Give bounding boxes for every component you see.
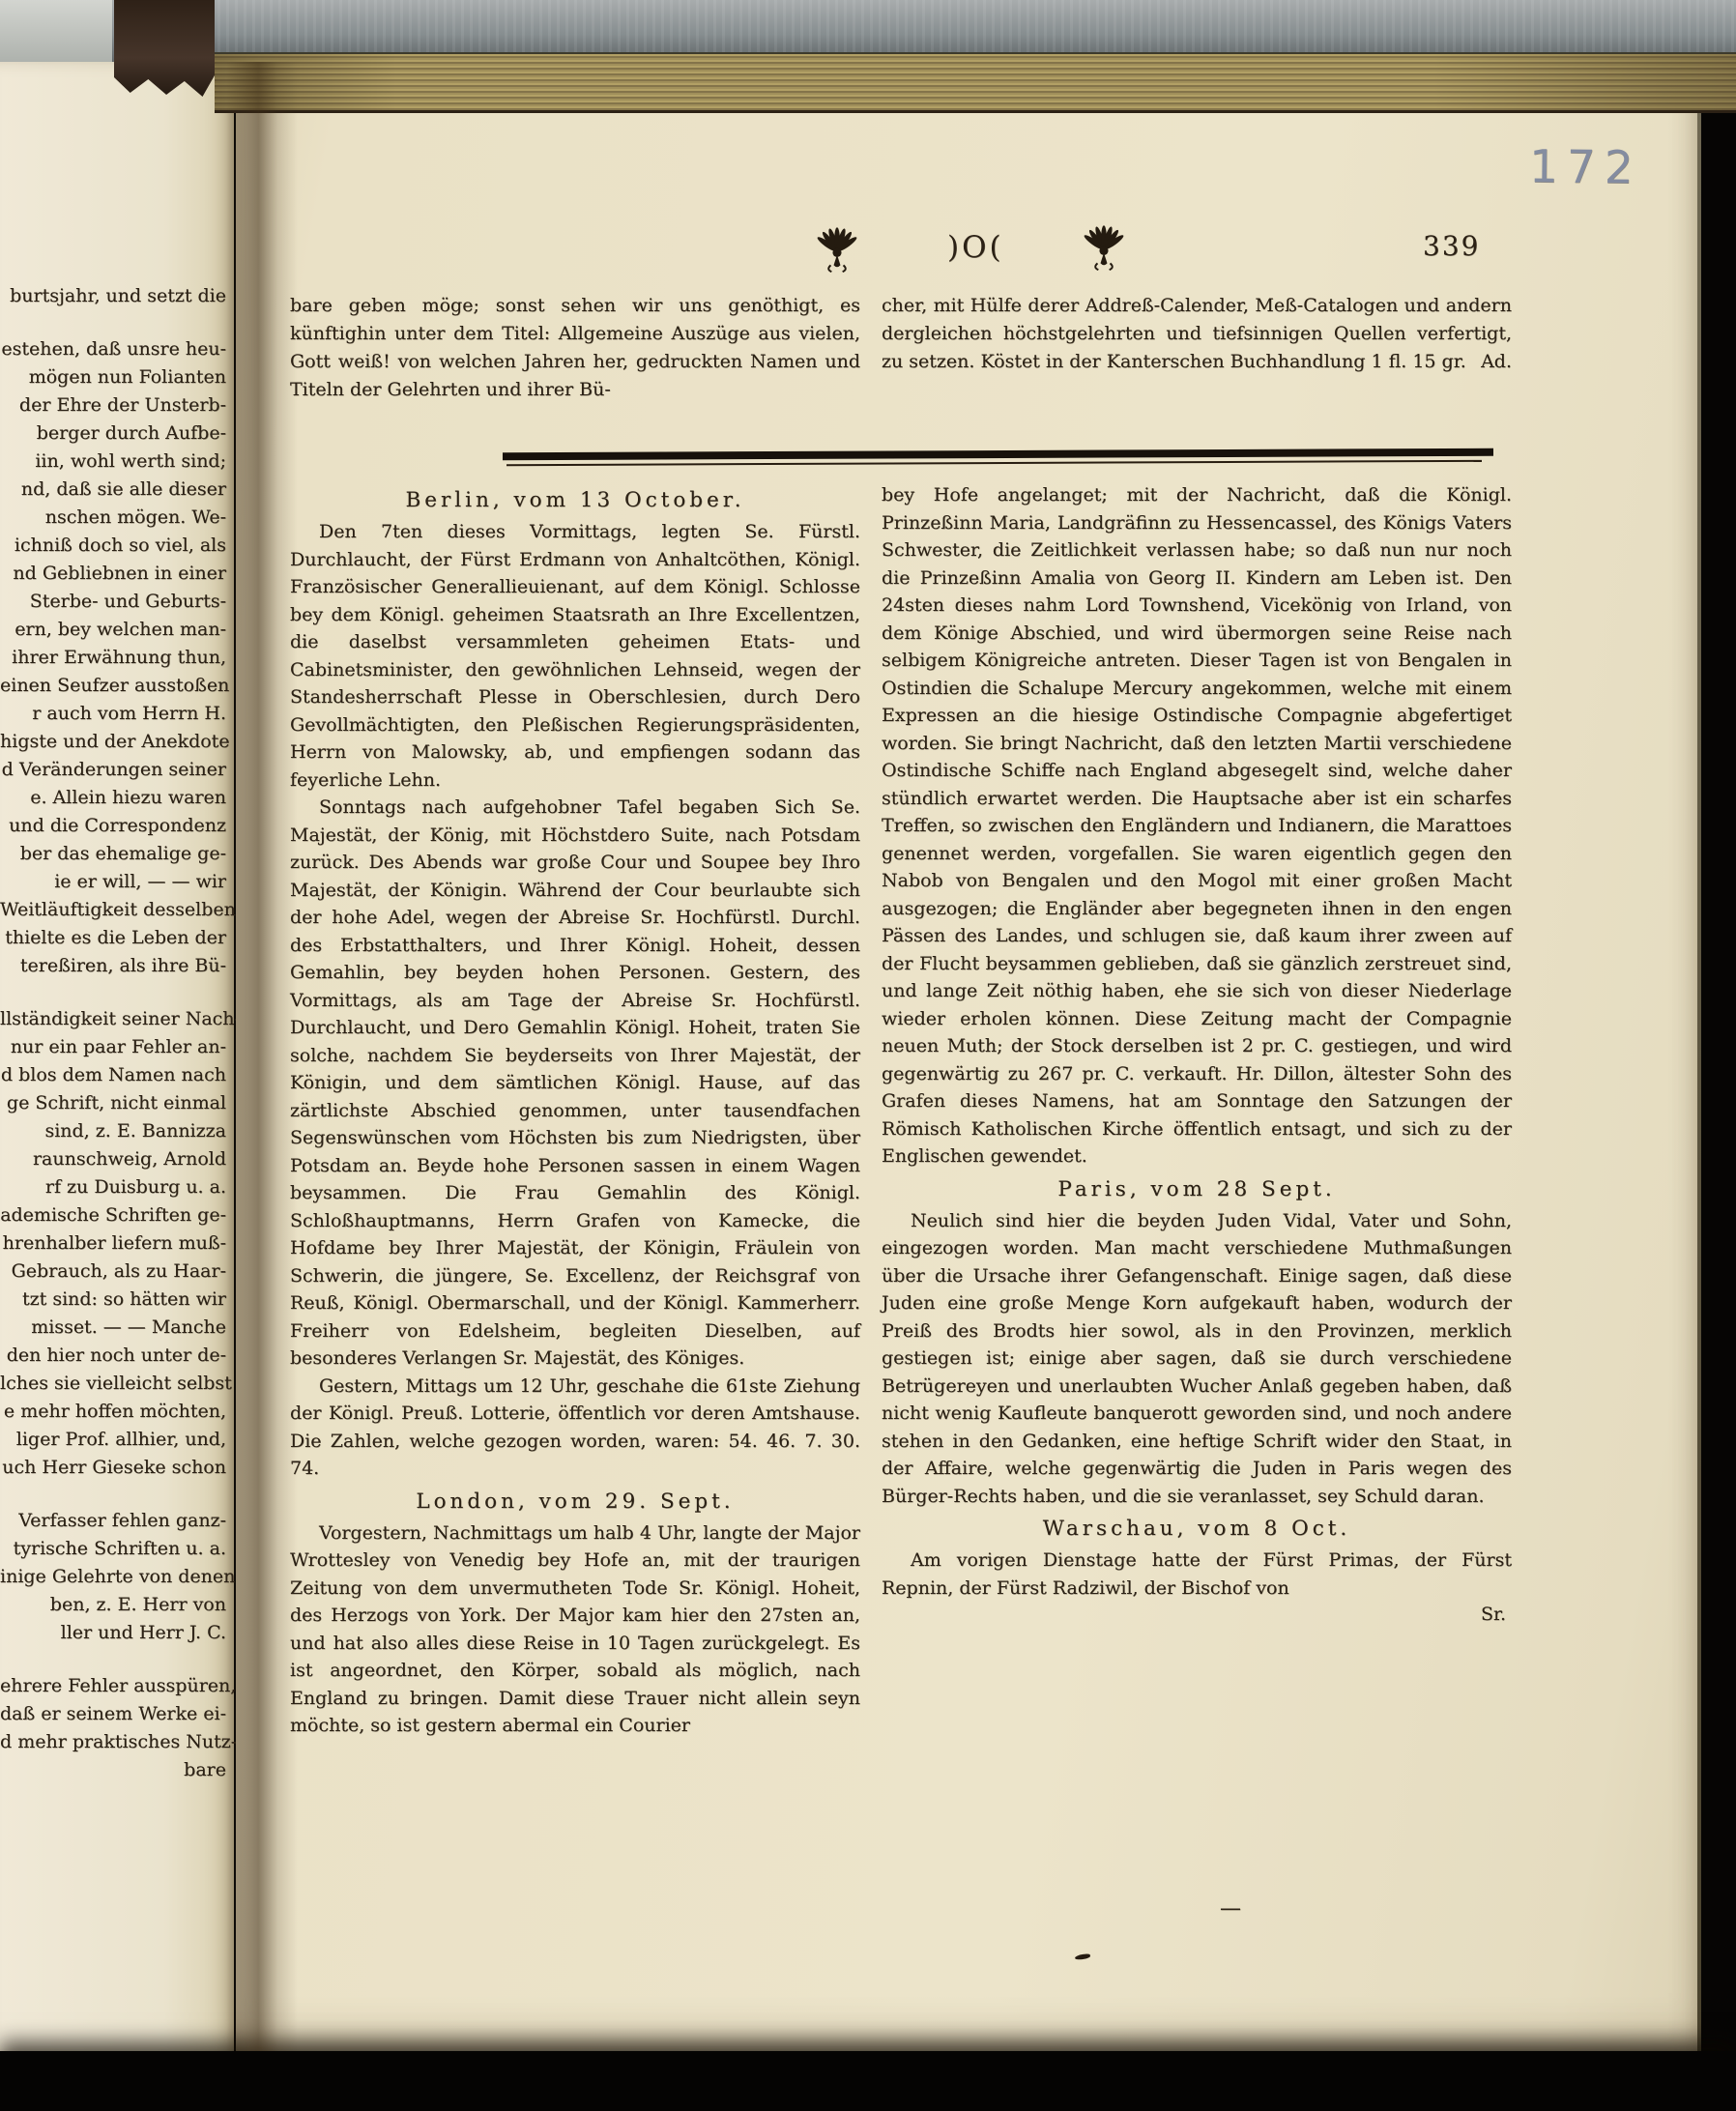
- article-paragraph: Gestern, Mittags um 12 Uhr, geschahe die…: [290, 1373, 860, 1483]
- left-page-text: burtsjahr, und setzt dieestehen, daß uns…: [0, 282, 226, 1784]
- page-header: )O( 339: [236, 222, 1697, 284]
- paragraph-gap: [0, 980, 226, 1005]
- left-page-fragment-line: und die Correspondenz: [0, 812, 226, 840]
- left-page-fragment-line: d blos dem Namen nach: [0, 1061, 226, 1089]
- left-page-fragment-line: thielte es die Leben der: [0, 924, 226, 952]
- book-cover-corner: [0, 0, 112, 62]
- left-page-fragment-line: raunschweig, Arnold: [0, 1145, 226, 1173]
- intro-left-column: bare geben möge; sonst sehen wir uns gen…: [290, 292, 860, 404]
- left-page-fragment-line: ehrere Fehler ausspüren,: [0, 1672, 226, 1700]
- left-page-fragment-line: tereßiren, als ihre Bü-: [0, 952, 226, 980]
- left-page-fragment-line: d Veränderungen seiner: [0, 756, 226, 784]
- left-page-fragment-line: ller und Herr J. C.: [0, 1619, 226, 1647]
- left-page-fragment-line: higste und der Anekdote: [0, 728, 226, 756]
- paragraph-gap: [0, 310, 226, 335]
- left-page-fragment-line: inige Gelehrte von denen: [0, 1563, 226, 1591]
- article-heading: London, vom 29. Sept.: [290, 1488, 860, 1517]
- article-paragraph: Den 7ten dieses Vormittags, legten Se. F…: [290, 518, 860, 794]
- left-page-fragment-line: nur ein paar Fehler an-: [0, 1033, 226, 1061]
- left-page-fragment-line: misset. — — Manche: [0, 1314, 226, 1342]
- left-page-fragment-line: e. Allein hiezu waren: [0, 784, 226, 812]
- left-page-fragment-line: estehen, daß unsre heu-: [0, 335, 226, 363]
- left-page-fragment-line: iin, wohl werth sind;: [0, 448, 226, 476]
- left-page-fragment-line: tzt sind: so hätten wir: [0, 1286, 226, 1314]
- handwritten-folio-number: 172: [1529, 140, 1642, 194]
- left-page-fragment-line: ichniß doch so viel, als: [0, 532, 226, 560]
- left-page-fragment-line: hrenhalber liefern muß-: [0, 1229, 226, 1258]
- facing-page-partial: burtsjahr, und setzt dieestehen, daß uns…: [0, 62, 234, 2051]
- intro-continuation: bare geben möge; sonst sehen wir uns gen…: [290, 292, 1512, 404]
- article-paragraph: Neulich sind hier die beyden Juden Vidal…: [882, 1207, 1512, 1511]
- end-mark: —: [1220, 1896, 1241, 1921]
- catchword: Sr.: [882, 1604, 1512, 1625]
- left-page-fragment-line: tyrische Schriften u. a.: [0, 1535, 226, 1563]
- article-paragraph: bey Hofe angelanget; mit der Nachricht, …: [882, 481, 1512, 1171]
- section-divider-rule: [503, 448, 1493, 460]
- page-number: 339: [1423, 230, 1480, 262]
- article-heading: Paris, vom 28 Sept.: [882, 1175, 1512, 1204]
- shell-fleuron-icon: [1083, 222, 1125, 271]
- left-page-fragment-line: daß er seinem Werke ei-: [0, 1700, 226, 1728]
- shell-fleuron-icon: [816, 224, 858, 273]
- paragraph-gap: [0, 1647, 226, 1672]
- left-page-fragment-line: ben, z. E. Herr von: [0, 1591, 226, 1619]
- article-heading: Berlin, vom 13 October.: [290, 486, 860, 515]
- left-page-fragment-line: burtsjahr, und setzt die: [0, 282, 226, 310]
- left-page-fragment-line: sind, z. E. Bannizza: [0, 1117, 226, 1145]
- intro-right-text: cher, mit Hülfe derer Addreß-Calender, M…: [882, 295, 1512, 372]
- intro-signature: Ad.: [1481, 348, 1512, 376]
- left-page-fragment-line: e mehr hoffen möchten,: [0, 1398, 226, 1426]
- book-scan: burtsjahr, und setzt dieestehen, daß uns…: [0, 0, 1736, 2111]
- left-page-fragment-line: ie er will, — — wir: [0, 868, 226, 896]
- left-page-fragment-line: nschen mögen. We-: [0, 504, 226, 532]
- article-paragraph: Am vorigen Dienstage hatte der Fürst Pri…: [882, 1547, 1512, 1602]
- header-divider-mark: )O(: [947, 230, 1004, 265]
- gilded-page-edges: [215, 52, 1736, 113]
- ink-blot: [1075, 1953, 1091, 1960]
- intro-right-paragraph: cher, mit Hülfe derer Addreß-Calender, M…: [882, 292, 1512, 376]
- left-page-fragment-line: Verfasser fehlen ganz-: [0, 1507, 226, 1535]
- left-page-fragment-line: ern, bey welchen man-: [0, 616, 226, 644]
- left-page-fragment-line: liger Prof. allhier, und,: [0, 1426, 226, 1454]
- left-page-fragment-line: Weitläuftigkeit desselben: [0, 896, 226, 924]
- paragraph-gap: [0, 1482, 226, 1507]
- left-page-fragment-line: d mehr praktisches Nutz-: [0, 1728, 226, 1756]
- article-paragraph: Sonntags nach aufgehobner Tafel begaben …: [290, 794, 860, 1373]
- intro-right-column: cher, mit Hülfe derer Addreß-Calender, M…: [882, 292, 1512, 404]
- bottom-black-band: [0, 2051, 1736, 2111]
- right-black-band: [1697, 62, 1736, 2111]
- left-page-fragment-line: uch Herr Gieseke schon: [0, 1454, 226, 1482]
- article-paragraph: Vorgestern, Nachmittags um halb 4 Uhr, l…: [290, 1519, 860, 1740]
- left-page-fragment-line: berger durch Aufbe-: [0, 419, 226, 448]
- left-page-fragment-line: ademische Schriften ge-: [0, 1201, 226, 1229]
- column-right: bey Hofe angelanget; mit der Nachricht, …: [882, 481, 1512, 1740]
- left-page-fragment-line: ge Schrift, nicht einmal: [0, 1089, 226, 1117]
- left-page-fragment-line: ber das ehemalige ge-: [0, 840, 226, 868]
- article-heading: Warschau, vom 8 Oct.: [882, 1515, 1512, 1544]
- left-page-fragment-line: ihrer Erwähnung thun,: [0, 644, 226, 672]
- bookmark-ribbon: [114, 0, 215, 97]
- column-left: Berlin, vom 13 October.Den 7ten dieses V…: [290, 481, 860, 1740]
- left-page-fragment-line: den hier noch unter de-: [0, 1342, 226, 1370]
- left-page-fragment-line: rf zu Duisburg u. a.: [0, 1173, 226, 1201]
- left-page-fragment-line: Gebrauch, als zu Haar-: [0, 1258, 226, 1286]
- left-page-fragment-line: r auch vom Herrn H.: [0, 700, 226, 728]
- left-page-fragment-line: nd, daß sie alle dieser: [0, 476, 226, 504]
- left-page-fragment-line: bare: [0, 1756, 226, 1784]
- main-page: 172 )O(: [236, 62, 1697, 2051]
- left-page-fragment-line: Sterbe- und Geburts-: [0, 588, 226, 616]
- article-columns: Berlin, vom 13 October.Den 7ten dieses V…: [290, 481, 1512, 1740]
- left-page-fragment-line: einen Seufzer ausstoßen: [0, 672, 226, 700]
- intro-left-paragraph: bare geben möge; sonst sehen wir uns gen…: [290, 292, 860, 404]
- left-page-fragment-line: der Ehre der Unsterb-: [0, 391, 226, 419]
- left-page-fragment-line: nd Gebliebnen in einer: [0, 560, 226, 588]
- left-page-fragment-line: lches sie vielleicht selbst: [0, 1370, 226, 1398]
- left-page-fragment-line: llständigkeit seiner Nach-: [0, 1005, 226, 1033]
- left-page-fragment-line: mögen nun Folianten: [0, 363, 226, 391]
